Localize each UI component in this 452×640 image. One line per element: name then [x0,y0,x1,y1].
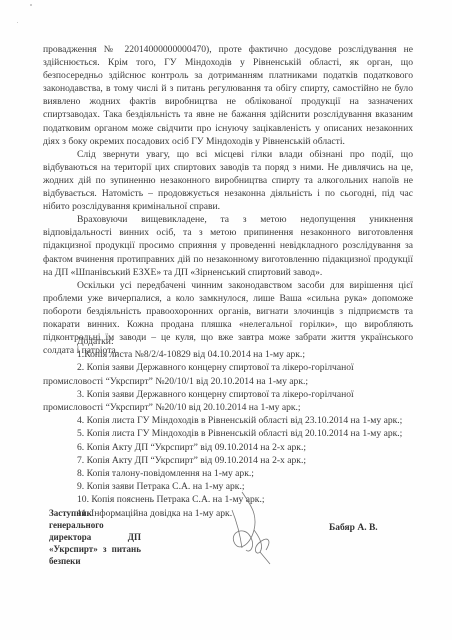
attachment-item: 6. Копія Акту ДП “Укрспирт” від 09.10.20… [43,441,413,454]
attachment-item: 2. Копія заяви Державного концерну спирт… [43,361,413,387]
attachment-item: 7. Копія Акту ДП “Укрспирт” від 09.10.20… [43,454,413,467]
attachment-item: 8. Копія талону-повідомлення на 1-му арк… [43,467,413,480]
scan-speck [17,22,18,23]
letter-body: провадження № 22014000000000470), проте … [43,43,413,357]
attachment-item: 5. Копія листа ГУ Міндоходів в Рівненськ… [43,427,413,440]
paragraph-request: Враховуючи вищевикладене, та з метою нед… [43,213,413,278]
scan-speck [30,4,32,6]
handwritten-signature-icon [220,490,290,570]
paragraph-continuation: провадження № 22014000000000470), проте … [43,43,413,148]
signer-name: Бабяр А. В. [329,523,378,533]
attachment-item: 4. Копія листа ГУ Міндоходів в Рівненськ… [43,414,413,427]
paragraph-local-authorities: Слід звернути увагу, що всі місцеві гілк… [43,148,413,213]
signer-position: Заступник генерального директора ДП «Укр… [49,507,141,567]
attachments-header: Додатки: [43,335,413,348]
attachment-item: 1.Копія листа №8/2/4-10829 від 04.10.201… [43,348,413,361]
scanned-page: провадження № 22014000000000470), проте … [0,0,452,640]
attachment-item: 3. Копія заяви Державного концерну спирт… [43,388,413,414]
